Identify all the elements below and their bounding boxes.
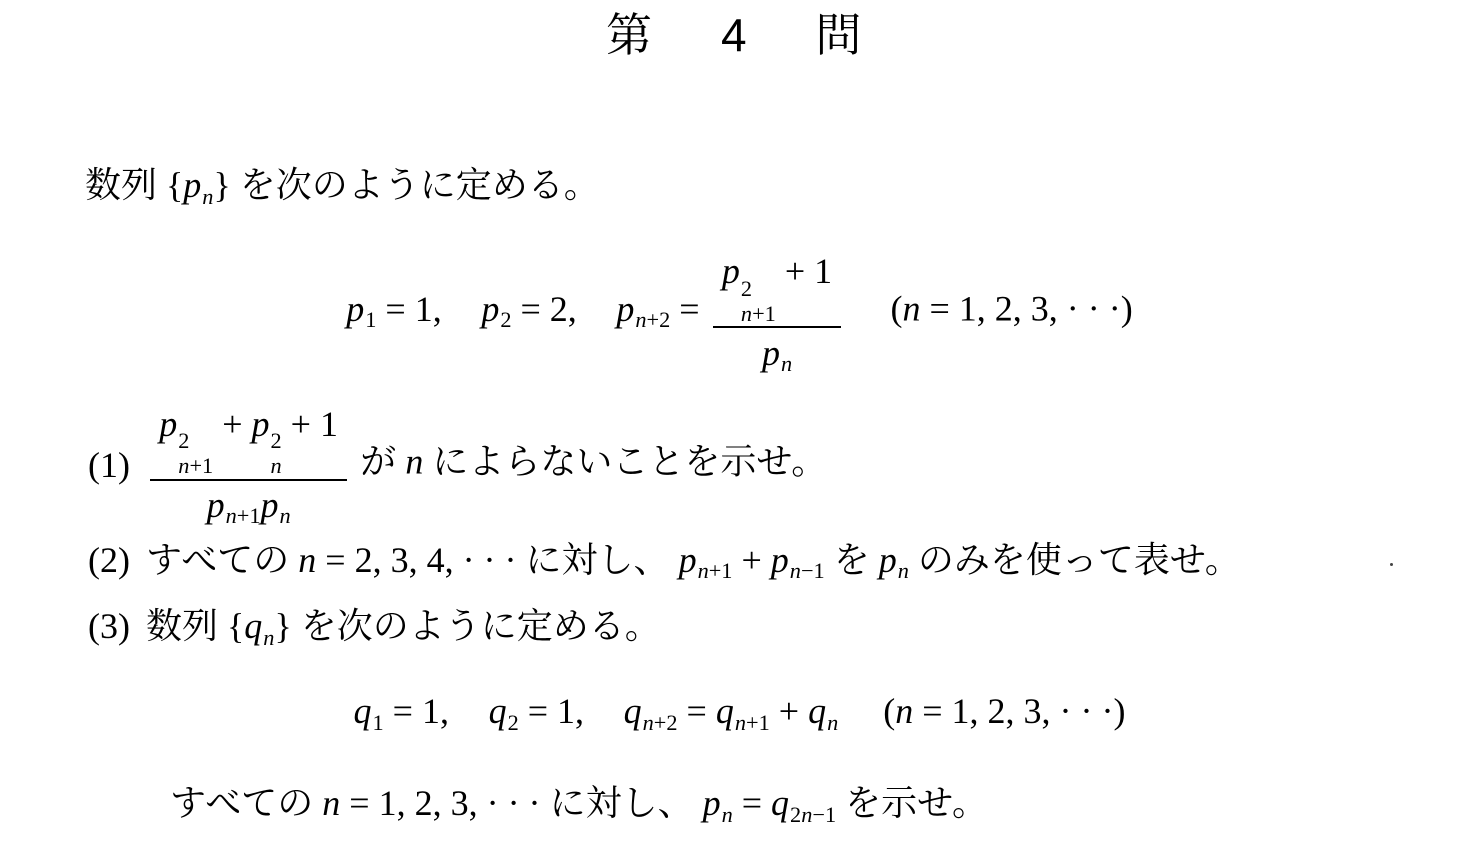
scan-artifact-dot [1390, 563, 1393, 566]
eq-term-recurrence: pn+2 = p2n+1 + 1pn [616, 289, 845, 329]
eq-term-p1: p1 = 1, [346, 289, 441, 329]
math-term: pn−1 [771, 540, 825, 580]
fraction: p2n+1 + p2n + 1pn+1pn [150, 402, 347, 528]
eq-range: (n = 1, 2, 3, · · ·) [890, 289, 1132, 329]
fraction-numerator: p2n+1 + p2n + 1 [150, 402, 347, 479]
eq-term-p2: p2 = 2, [481, 289, 576, 329]
fraction-denominator: pn+1pn [150, 479, 347, 528]
intro-sentence: 数列 {pn} を次のように定める。 [85, 159, 1479, 211]
math-var-q: q [244, 606, 262, 646]
item-1-label: (1) [88, 439, 130, 491]
fraction-denominator: pn [713, 326, 841, 375]
problem-items: (1) p2n+1 + p2n + 1pn+1pn が n によらないことを示せ… [88, 402, 1479, 653]
brace-open: { [227, 606, 244, 646]
math-term: pn [703, 783, 733, 823]
eq-term-q2: q2 = 1, [489, 691, 584, 731]
brace-close: } [213, 165, 230, 205]
math-term: pn [879, 540, 909, 580]
math-var-p: p [183, 165, 201, 205]
recurrence-q-equation: q1 = 1,q2 = 1,qn+2 = qn+1 + qn(n = 1, 2,… [0, 690, 1479, 733]
problem-title: 第 4 問 [0, 0, 1479, 63]
recurrence-p-equation: p1 = 1,p2 = 2,pn+2 = p2n+1 + 1pn(n = 1, … [0, 249, 1479, 375]
eq-term-recurrence: qn+2 = qn+1 + qn [624, 691, 839, 731]
intro-text: 数列 [85, 165, 166, 205]
item-1: (1) p2n+1 + p2n + 1pn+1pn が n によらないことを示せ… [88, 402, 1479, 528]
item-1-content: p2n+1 + p2n + 1pn+1pn が n によらないことを示せ。 [146, 402, 827, 528]
math-term: pn+1 [679, 540, 733, 580]
item-3-label: (3) [88, 600, 130, 652]
item-2-label: (2) [88, 534, 130, 586]
item-2: (2) すべての n = 2, 3, 4, · · · に対し、 pn+1 + … [88, 534, 1479, 586]
fraction: p2n+1 + 1pn [713, 249, 841, 375]
subscript: n [202, 184, 213, 209]
fraction-numerator: p2n+1 + 1 [713, 249, 841, 326]
item-3: (3) 数列 {qn} を次のように定める。 [88, 600, 1479, 652]
brace-open: { [166, 165, 183, 205]
item-2-content: すべての n = 2, 3, 4, · · · に対し、 pn+1 + pn−1… [146, 534, 1241, 586]
math-term: q2n−1 [771, 783, 836, 823]
math-var-n: n [405, 441, 423, 481]
eq-term-q1: q1 = 1, [354, 691, 449, 731]
subscript: n [263, 625, 274, 650]
item-1-text: が [351, 441, 405, 481]
problem-page: 第 4 問 数列 {pn} を次のように定める。 p1 = 1,p2 = 2,p… [0, 0, 1479, 829]
brace-close: } [274, 606, 291, 646]
final-sentence: すべての n = 1, 2, 3, · · · に対し、 pn = q2n−1 … [170, 777, 1479, 829]
item-1-text: によらないことを示せ。 [423, 441, 827, 481]
intro-text: を次のように定める。 [231, 165, 600, 205]
eq-range: (n = 1, 2, 3, · · ·) [883, 691, 1125, 731]
item-3-content: 数列 {qn} を次のように定める。 [146, 600, 661, 652]
